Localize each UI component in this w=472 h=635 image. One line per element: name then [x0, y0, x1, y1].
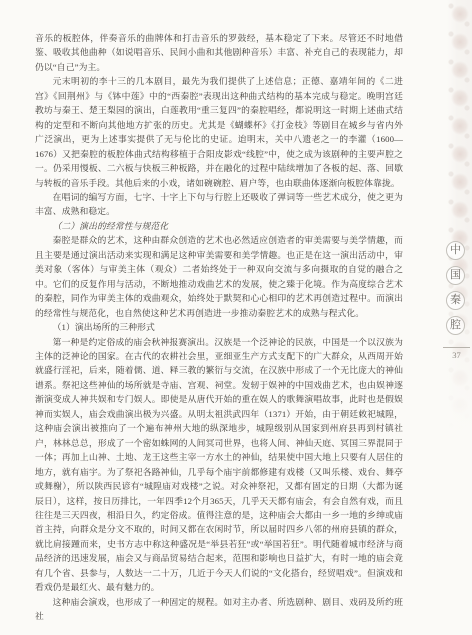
title-char-circle-guo: 国: [446, 266, 465, 285]
paragraph-lyrics: 在唱词的编写方面，七字、十字上下句与行腔上还吸收了弹词等一些艺术成分，使之更为丰…: [35, 190, 403, 219]
section-heading-2: （二）演出的经常性与规范化: [35, 219, 403, 233]
paragraph-continuation: 音乐的板腔体，伴奏音乐的曲牌体和打击音乐的罗鼓经，基本稳定了下来。尽管还不时地借…: [35, 31, 403, 74]
title-char-circle-qin: 秦: [446, 291, 465, 310]
paragraph-quqiang-history: 元末明初的李十三的几本剧目，最先为我们提供了上述信息；正德、嘉靖年间的《二进宫》…: [35, 74, 403, 190]
book-title-badge: 中 国 秦 腔: [446, 241, 465, 335]
page-number-rule: [443, 347, 470, 348]
paragraph-fair-rules: 这种庙会演戏，也形成了一种固定的规程。如对主办者、所选剧种、剧目、戏码及所约班社: [35, 595, 403, 624]
paragraph-temple-fair: 第一种是约定俗成的庙会秋神报赛演出。汉族是一个泛神论的民族，中国是一个以汉族为主…: [35, 335, 403, 595]
title-char-circle-zhong: 中: [446, 241, 465, 260]
page-number: 37: [443, 350, 470, 360]
subsection-heading-1: （1）演出场所的三种形式: [35, 320, 403, 334]
book-page: 音乐的板腔体，伴奏音乐的曲牌体和打击音乐的罗鼓经，基本稳定了下来。尽管还不时地借…: [0, 0, 472, 635]
page-edge-decorative-pattern: [447, 0, 472, 450]
text-column: 音乐的板腔体，伴奏音乐的曲牌体和打击音乐的罗鼓经，基本稳定了下来。尽管还不时地借…: [35, 31, 403, 624]
paragraph-mass-art: 秦腔是群众的艺术，这种由群众创造的艺术也必然适应创造者的审美需要与美学情趣，而且…: [35, 233, 403, 320]
title-char-circle-qiang: 腔: [446, 316, 465, 335]
